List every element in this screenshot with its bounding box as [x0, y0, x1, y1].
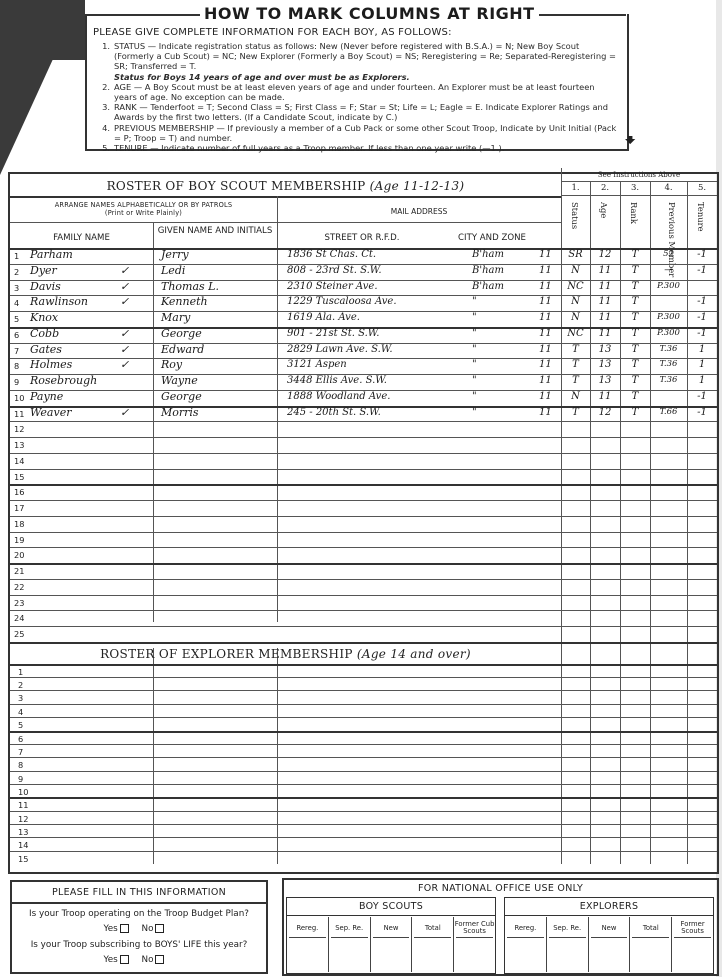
check-mark: ✓ — [120, 343, 129, 356]
explorer-row-number: 13 — [18, 827, 28, 837]
row-rule — [10, 579, 717, 580]
city-cell[interactable]: " — [472, 375, 477, 386]
zone-cell[interactable]: 11 — [539, 328, 552, 339]
given-name-cell[interactable]: Edward — [161, 343, 204, 356]
rank-cell[interactable]: T — [620, 281, 650, 292]
arrange-text: ARRANGE NAMES ALPHABETICALLY OR BY PATRO… — [10, 201, 277, 209]
rank-cell[interactable]: T — [620, 359, 650, 370]
row-number: 9 — [14, 377, 19, 387]
arrange-sub: (Print or Write Plainly) — [10, 209, 277, 217]
row-rule — [10, 469, 717, 470]
explorer-row-number: 15 — [18, 854, 28, 864]
tenure-cell[interactable]: -1 — [687, 391, 717, 402]
explorers-tally-column[interactable]: Rereg. — [505, 917, 546, 972]
rank-cell[interactable]: T — [620, 296, 650, 307]
tally-column-header: Sep. Re. — [547, 920, 588, 936]
status-cell[interactable]: T — [561, 375, 590, 386]
instruction-body: PREVIOUS MEMBERSHIP — If previously a me… — [114, 123, 616, 143]
zone-cell[interactable]: 11 — [539, 265, 552, 276]
section-rule — [10, 664, 717, 666]
age-cell[interactable]: 12 — [590, 407, 620, 418]
arrange-label: ARRANGE NAMES ALPHABETICALLY OR BY PATRO… — [10, 201, 277, 217]
street-cell[interactable]: 1836 St Chas. Ct. — [287, 249, 376, 260]
street-cell[interactable]: 1888 Woodland Ave. — [287, 391, 390, 402]
zone-cell[interactable]: 11 — [539, 407, 552, 418]
given-name-cell[interactable]: Ledi — [161, 264, 185, 277]
status-cell[interactable]: N — [561, 265, 590, 276]
check-mark: ✓ — [120, 327, 129, 340]
status-cell[interactable]: T — [561, 344, 590, 355]
row-rule — [10, 824, 717, 825]
row-number: 16 — [14, 487, 24, 497]
given-name-cell[interactable]: Wayne — [161, 374, 198, 387]
rank-cell[interactable]: T — [620, 344, 650, 355]
tally-column-rule — [632, 937, 669, 938]
tally-column-header: New — [371, 920, 412, 936]
row-rule — [10, 500, 717, 501]
given-name-cell[interactable]: Thomas L. — [161, 280, 219, 293]
boys-life-options: Yes No — [12, 955, 266, 965]
instruction-number: 4. — [96, 123, 114, 143]
age-cell[interactable]: 11 — [590, 328, 620, 339]
family-name-cell[interactable]: Dyer — [30, 264, 57, 277]
row-rule — [10, 437, 717, 438]
previous-member-cell[interactable]: T.36 — [650, 344, 687, 354]
check-mark: ✓ — [120, 406, 129, 419]
fill-in-title: PLEASE FILL IN THIS INFORMATION — [12, 887, 266, 898]
rank-cell[interactable]: T — [620, 391, 650, 402]
row-rule — [10, 453, 717, 454]
given-name-header: GIVEN NAME AND INITIALS — [153, 226, 277, 236]
boy-scout-roster-title: ROSTER OF BOY SCOUT MEMBERSHIP (Age 11-1… — [10, 179, 561, 193]
tally-column-rule — [549, 937, 586, 938]
fill-in-rule — [12, 902, 266, 904]
check-mark: ✓ — [120, 295, 129, 308]
rank-cell[interactable]: T — [620, 265, 650, 276]
boys-life-question: Is your Troop subscribing to BOYS' LIFE … — [12, 940, 266, 950]
tally-column-rule — [373, 937, 410, 938]
street-cell[interactable]: 3448 Ellis Ave. S.W. — [287, 375, 387, 386]
explorers-tally-column[interactable]: Total — [629, 917, 671, 972]
city-cell[interactable]: " — [472, 328, 477, 339]
city-cell[interactable]: B'ham — [472, 249, 504, 260]
explorer-row-number: 7 — [18, 747, 23, 757]
explorers-tally-column[interactable]: New — [588, 917, 630, 972]
row-rule — [10, 837, 717, 838]
row-rule — [10, 677, 717, 678]
boys-life-no-label: No — [142, 955, 154, 965]
explorers-tally: EXPLORERS Rereg.Sep. Re.NewTotalFormer S… — [504, 897, 714, 974]
instruction-text: PREVIOUS MEMBERSHIP — If previously a me… — [114, 123, 620, 143]
instruction-number: 5. — [96, 143, 114, 153]
tenure-cell[interactable]: 1 — [687, 359, 717, 370]
row-number: 8 — [14, 361, 19, 371]
row-number: 3 — [14, 283, 19, 293]
tally-column-header: Rereg. — [505, 920, 546, 936]
instruction-item: 4.PREVIOUS MEMBERSHIP — If previously a … — [96, 123, 620, 143]
age-column-header: Age — [599, 202, 608, 218]
row-rule — [10, 595, 717, 596]
street-header: STREET OR R.F.D. — [287, 233, 437, 243]
explorer-row-number: 5 — [18, 720, 23, 730]
row-number: 1 — [14, 251, 19, 261]
age-cell[interactable]: 13 — [590, 375, 620, 386]
fill-in-box: PLEASE FILL IN THIS INFORMATION Is your … — [10, 880, 268, 974]
rank-cell[interactable]: T — [620, 328, 650, 339]
street-cell[interactable]: 1619 Ala. Ave. — [287, 312, 360, 323]
tenure-cell[interactable]: -1 — [687, 312, 717, 323]
rank-cell[interactable]: T — [620, 249, 650, 260]
family-name-cell[interactable]: Cobb — [30, 327, 59, 340]
instruction-number: 3. — [96, 102, 114, 122]
row-rule — [10, 744, 717, 745]
city-cell[interactable]: " — [472, 359, 477, 370]
city-cell[interactable]: " — [472, 407, 477, 418]
scan-shadow-top — [0, 0, 85, 60]
zone-cell[interactable]: 11 — [539, 312, 552, 323]
row-rule — [10, 784, 717, 785]
tally-column-header: New — [589, 920, 630, 936]
row-rule — [10, 771, 717, 772]
instruction-number: 2. — [96, 82, 114, 102]
column-number-5: 5. — [687, 183, 717, 193]
boy-scouts-columns: Rereg.Sep. Re.NewTotalFormer Cub Scouts — [287, 917, 495, 972]
row-rule — [10, 532, 717, 533]
rank-column-header: Rank — [629, 202, 638, 224]
row-rule — [10, 797, 717, 799]
instruction-text: STATUS — Indicate registration status as… — [114, 41, 620, 82]
tenure-column-header: Tenure — [696, 202, 705, 232]
tenure-cell[interactable]: -1 — [687, 249, 717, 260]
tally-column-rule — [331, 937, 368, 938]
instruction-body: RANK — Tenderfoot = T; Second Class = S;… — [114, 102, 608, 122]
zone-cell[interactable]: 11 — [539, 391, 552, 402]
instruction-body: STATUS — Indicate registration status as… — [114, 41, 616, 71]
row-number: 21 — [14, 566, 24, 576]
explorer-title-text: ROSTER OF EXPLORER MEMBERSHIP — [100, 647, 353, 661]
age-cell[interactable]: 11 — [590, 281, 620, 292]
status-cell[interactable]: N — [561, 391, 590, 402]
row-rule — [10, 811, 717, 812]
boy-scouts-tally-column[interactable]: Rereg. — [287, 917, 328, 972]
city-cell[interactable]: " — [472, 344, 477, 355]
instructions-list: 1.STATUS — Indicate registration status … — [96, 41, 620, 153]
tally-column-rule — [414, 937, 451, 938]
row-number: 11 — [14, 409, 24, 419]
row-rule — [10, 547, 717, 548]
age-cell[interactable]: 13 — [590, 344, 620, 355]
tally-column-header: Rereg. — [287, 920, 328, 936]
previous-member-cell[interactable]: P.300 — [650, 281, 687, 291]
boys-life-no-checkbox[interactable] — [155, 955, 164, 964]
given-name-cell[interactable]: Mary — [161, 311, 190, 324]
explorer-row-number: 10 — [18, 787, 28, 797]
row-number: 15 — [14, 472, 24, 482]
tally-column-header: Sep. Re. — [329, 920, 370, 936]
tally-column-rule — [591, 937, 628, 938]
tenure-cell[interactable]: -1 — [687, 296, 717, 307]
budget-no-checkbox[interactable] — [155, 924, 164, 933]
tally-column-rule — [289, 937, 326, 938]
roster-title-age: (Age 11-12-13) — [370, 179, 465, 193]
boys-life-yes-label: Yes — [104, 955, 118, 965]
instruction-text: RANK — Tenderfoot = T; Second Class = S;… — [114, 102, 620, 122]
family-name-cell[interactable]: Holmes — [30, 358, 72, 371]
instructions-lead: PLEASE GIVE COMPLETE INFORMATION FOR EAC… — [93, 27, 452, 38]
given-name-cell[interactable]: George — [161, 390, 202, 403]
tenure-cell[interactable]: -1 — [687, 407, 717, 418]
age-cell[interactable]: 11 — [590, 312, 620, 323]
explorers-columns: Rereg.Sep. Re.NewTotalFormer Scouts — [505, 917, 713, 972]
family-name-cell[interactable]: Rawlinson — [30, 295, 88, 308]
explorers-title: EXPLORERS — [505, 901, 713, 912]
row-number: 4 — [14, 298, 19, 308]
column-number-3: 3. — [620, 183, 650, 193]
street-cell[interactable]: 1229 Tuscaloosa Ave. — [287, 296, 397, 307]
status-cell[interactable]: NC — [561, 281, 590, 292]
city-cell[interactable]: " — [472, 391, 477, 402]
section-rule — [10, 642, 717, 644]
boy-scouts-tally-column[interactable]: Former Cub Scouts — [453, 917, 495, 972]
row-number: 20 — [14, 550, 24, 560]
explorer-row-number: 14 — [18, 840, 28, 850]
row-number: 22 — [14, 582, 24, 592]
budget-yes-checkbox[interactable] — [120, 924, 129, 933]
given-name-cell[interactable]: Roy — [161, 358, 182, 371]
boy-scouts-tally-column[interactable]: Sep. Re. — [328, 917, 370, 972]
tenure-cell[interactable]: -1 — [687, 265, 717, 276]
street-cell[interactable]: 3121 Aspen — [287, 359, 347, 370]
mail-address-label: MAIL ADDRESS — [277, 207, 561, 216]
column-number-2: 2. — [590, 183, 620, 193]
age-cell[interactable]: 13 — [590, 359, 620, 370]
previous-member-cell[interactable]: 52 — [650, 249, 687, 259]
down-arrow-icon: 🠻 — [624, 130, 636, 150]
given-name-cell[interactable]: Jerry — [161, 248, 189, 261]
roster-title-text: ROSTER OF BOY SCOUT MEMBERSHIP — [107, 179, 366, 193]
instruction-text: AGE — A Boy Scout must be at least eleve… — [114, 82, 620, 102]
instruction-note: Status for Boys 14 years of age and over… — [114, 72, 620, 82]
boys-life-yes-checkbox[interactable] — [120, 955, 129, 964]
see-instructions-label: See Instructions Above — [561, 171, 717, 179]
instruction-item: 5.TENURE — Indicate number of full years… — [96, 143, 620, 153]
divider — [277, 196, 278, 622]
row-number: 10 — [14, 393, 24, 403]
row-rule — [10, 851, 717, 852]
row-number: 17 — [14, 503, 24, 513]
family-name-cell[interactable]: Knox — [30, 311, 58, 324]
row-rule — [10, 610, 717, 611]
row-number: 19 — [14, 535, 24, 545]
explorer-row-number: 4 — [18, 707, 23, 717]
street-cell[interactable]: 2310 Steiner Ave. — [287, 281, 378, 292]
family-name-cell[interactable]: Rosebrough — [30, 374, 97, 387]
instruction-text: TENURE — Indicate number of full years a… — [114, 143, 504, 153]
status-cell[interactable]: NC — [561, 328, 590, 339]
status-cell[interactable]: SR — [561, 249, 590, 260]
explorer-row-number: 2 — [18, 680, 23, 690]
national-office-title: FOR NATIONAL OFFICE USE ONLY — [284, 883, 717, 894]
instruction-number: 1. — [96, 41, 114, 82]
instruction-body: TENURE — Indicate number of full years a… — [114, 143, 504, 153]
row-rule — [10, 484, 717, 486]
instruction-item: 1.STATUS — Indicate registration status … — [96, 41, 620, 82]
status-cell[interactable]: N — [561, 312, 590, 323]
row-number: 18 — [14, 519, 24, 529]
instruction-item: 3.RANK — Tenderfoot = T; Second Class = … — [96, 102, 620, 122]
row-rule — [10, 704, 717, 705]
previous-member-cell[interactable]: T.36 — [650, 375, 687, 385]
row-rule — [10, 690, 717, 691]
budget-no-label: No — [142, 924, 154, 934]
city-cell[interactable]: B'ham — [472, 265, 504, 276]
given-name-cell[interactable]: Morris — [161, 406, 199, 419]
check-mark: ✓ — [120, 358, 129, 371]
tally-column-rule — [456, 937, 493, 938]
age-cell[interactable]: 12 — [590, 249, 620, 260]
boy-scouts-tally-column[interactable]: New — [370, 917, 412, 972]
national-office-box: FOR NATIONAL OFFICE USE ONLY BOY SCOUTS … — [282, 878, 719, 976]
row-rule — [10, 563, 717, 565]
row-rule — [10, 626, 717, 627]
zone-cell[interactable]: 11 — [539, 249, 552, 260]
previous-member-cell[interactable]: T.66 — [650, 407, 687, 417]
row-rule — [10, 757, 717, 758]
family-name-header: FAMILY NAME — [10, 233, 153, 243]
tally-column-rule — [507, 937, 544, 938]
instruction-body: AGE — A Boy Scout must be at least eleve… — [114, 82, 595, 102]
row-rule — [10, 421, 717, 422]
divider — [277, 648, 278, 864]
family-name-cell[interactable]: Payne — [30, 390, 63, 403]
zone-cell[interactable]: 11 — [539, 375, 552, 386]
age-cell[interactable]: 11 — [590, 296, 620, 307]
city-cell[interactable]: " — [472, 296, 477, 307]
roster-table: ROSTER OF BOY SCOUT MEMBERSHIP (Age 11-1… — [8, 172, 719, 874]
row-number: 2 — [14, 267, 19, 277]
explorer-roster-title: ROSTER OF EXPLORER MEMBERSHIP (Age 14 an… — [10, 647, 561, 661]
explorer-row-number: 12 — [18, 814, 28, 824]
previous-member-cell[interactable]: P.300 — [650, 312, 687, 322]
street-cell[interactable]: 2829 Lawn Ave. S.W. — [287, 344, 393, 355]
tenure-cell[interactable]: 1 — [687, 344, 717, 355]
previous-member-cell[interactable]: T.36 — [650, 359, 687, 369]
row-rule — [10, 731, 717, 733]
boy-scouts-tally-column[interactable]: Total — [411, 917, 453, 972]
budget-plan-options: Yes No — [12, 924, 266, 934]
family-name-cell[interactable]: Parham — [30, 248, 73, 261]
tally-column-header: Former Cub Scouts — [454, 920, 495, 936]
check-mark: ✓ — [120, 264, 129, 277]
street-cell[interactable]: 808 - 23rd St. S.W. — [287, 265, 382, 276]
family-name-cell[interactable]: Gates — [30, 343, 62, 356]
explorers-tally-column[interactable]: Former Scouts — [671, 917, 713, 972]
zone-cell[interactable]: 11 — [539, 281, 552, 292]
family-name-cell[interactable]: Davis — [30, 280, 61, 293]
row-number: 23 — [14, 598, 24, 608]
explorer-row-number: 9 — [18, 774, 23, 784]
row-number: 25 — [14, 629, 24, 639]
status-column-header: Status — [570, 202, 579, 229]
row-number: 7 — [14, 346, 19, 356]
explorer-row-number: 11 — [18, 800, 28, 810]
street-cell[interactable]: 245 - 20th St. S.W. — [287, 407, 381, 418]
row-number: 14 — [14, 456, 24, 466]
boy-scouts-rule — [287, 915, 495, 916]
age-cell[interactable]: 11 — [590, 391, 620, 402]
explorer-row-number: 1 — [18, 667, 23, 677]
family-name-cell[interactable]: Weaver — [30, 406, 71, 419]
row-rule — [10, 516, 717, 517]
boy-scouts-tally: BOY SCOUTS Rereg.Sep. Re.NewTotalFormer … — [286, 897, 496, 974]
explorer-title-age: (Age 14 and over) — [357, 647, 471, 661]
city-cell[interactable]: B'ham — [472, 281, 504, 292]
age-cell[interactable]: 11 — [590, 265, 620, 276]
rank-cell[interactable]: T — [620, 312, 650, 323]
previous-member-cell[interactable]: — — [650, 265, 687, 275]
row-number: 12 — [14, 424, 24, 434]
zone-cell[interactable]: 11 — [539, 344, 552, 355]
status-cell[interactable]: T — [561, 359, 590, 370]
budget-yes-label: Yes — [104, 924, 118, 934]
rank-cell[interactable]: T — [620, 407, 650, 418]
column-number-1: 1. — [561, 183, 590, 193]
row-number: 24 — [14, 613, 24, 623]
previous-member-cell[interactable]: P.300 — [650, 328, 687, 338]
row-number: 6 — [14, 330, 19, 340]
tally-column-header: Total — [630, 920, 671, 936]
boy-scouts-title: BOY SCOUTS — [287, 901, 495, 912]
street-cell[interactable]: 901 - 21st St. S.W. — [287, 328, 380, 339]
tenure-cell[interactable]: -1 — [687, 328, 717, 339]
budget-plan-question: Is your Troop operating on the Troop Bud… — [12, 909, 266, 919]
explorer-row-number: 3 — [18, 693, 23, 703]
tally-column-rule — [674, 937, 711, 938]
explorer-row-number: 8 — [18, 760, 23, 770]
status-cell[interactable]: N — [561, 296, 590, 307]
see-instr-rule — [561, 181, 717, 182]
tally-column-header: Total — [412, 920, 453, 936]
explorers-tally-column[interactable]: Sep. Re. — [546, 917, 588, 972]
row-rule — [10, 717, 717, 718]
divider — [687, 181, 688, 864]
city-cell[interactable]: " — [472, 312, 477, 323]
explorers-rule — [505, 915, 713, 916]
header-rule — [10, 196, 561, 198]
col-num-rule — [561, 195, 717, 196]
given-name-cell[interactable]: Kenneth — [161, 295, 208, 308]
zone-cell[interactable]: 11 — [539, 359, 552, 370]
explorer-row-number: 6 — [18, 734, 23, 744]
subheader-rule — [10, 222, 561, 223]
rank-cell[interactable]: T — [620, 375, 650, 386]
status-cell[interactable]: T — [561, 407, 590, 418]
instructions-title: HOW TO MARK COLUMNS AT RIGHT — [200, 4, 539, 23]
row-number: 5 — [14, 314, 19, 324]
check-mark: ✓ — [120, 280, 129, 293]
divider — [153, 648, 154, 864]
tally-column-header: Former Scouts — [672, 920, 713, 936]
tenure-cell[interactable]: 1 — [687, 375, 717, 386]
city-zone-header: CITY AND ZONE — [427, 233, 557, 243]
instruction-item: 2.AGE — A Boy Scout must be at least ele… — [96, 82, 620, 102]
zone-cell[interactable]: 11 — [539, 296, 552, 307]
column-number-4: 4. — [650, 183, 687, 193]
row-number: 13 — [14, 440, 24, 450]
given-name-cell[interactable]: George — [161, 327, 202, 340]
